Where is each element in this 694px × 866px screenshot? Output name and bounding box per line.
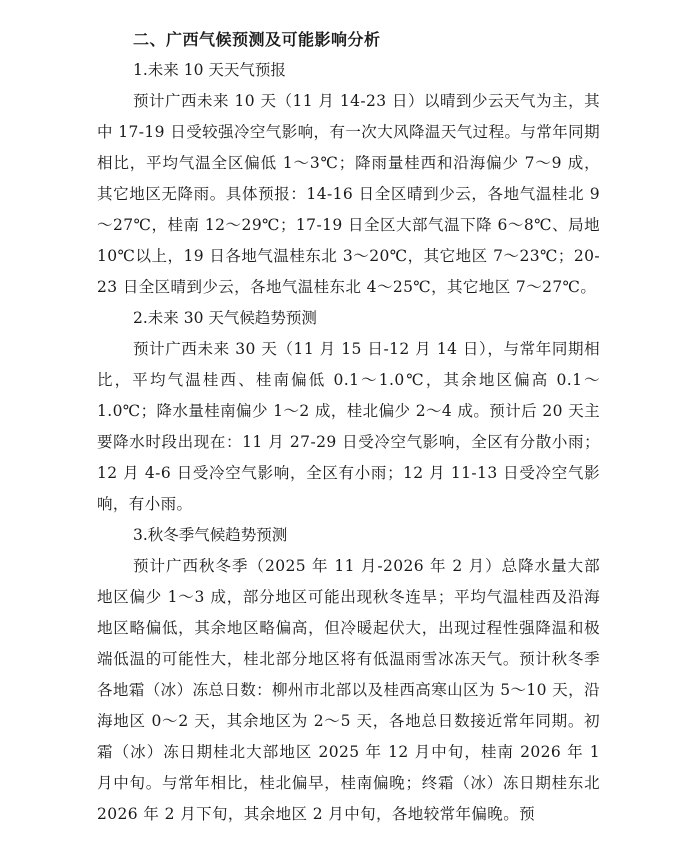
subsection-title-autumn-winter: 3.秋冬季气候趋势预测 [97, 520, 600, 551]
subsection-title-30-day: 2.未来 30 天气候趋势预测 [97, 303, 600, 334]
subsection-title-10-day: 1.未来 10 天天气预报 [97, 55, 600, 86]
paragraph-10-day-forecast: 预计广西未来 10 天（11 月 14-23 日）以晴到少云天气为主，其中 17… [97, 86, 600, 303]
section-heading: 二、广西气候预测及可能影响分析 [97, 24, 600, 55]
paragraph-autumn-winter-forecast: 预计广西秋冬季（2025 年 11 月-2026 年 2 月）总降水量大部地区偏… [97, 551, 600, 830]
paragraph-30-day-forecast: 预计广西未来 30 天（11 月 15 日-12 月 14 日），与常年同期相比… [97, 334, 600, 520]
document-page: 二、广西气候预测及可能影响分析 1.未来 10 天天气预报 预计广西未来 10 … [97, 24, 600, 830]
